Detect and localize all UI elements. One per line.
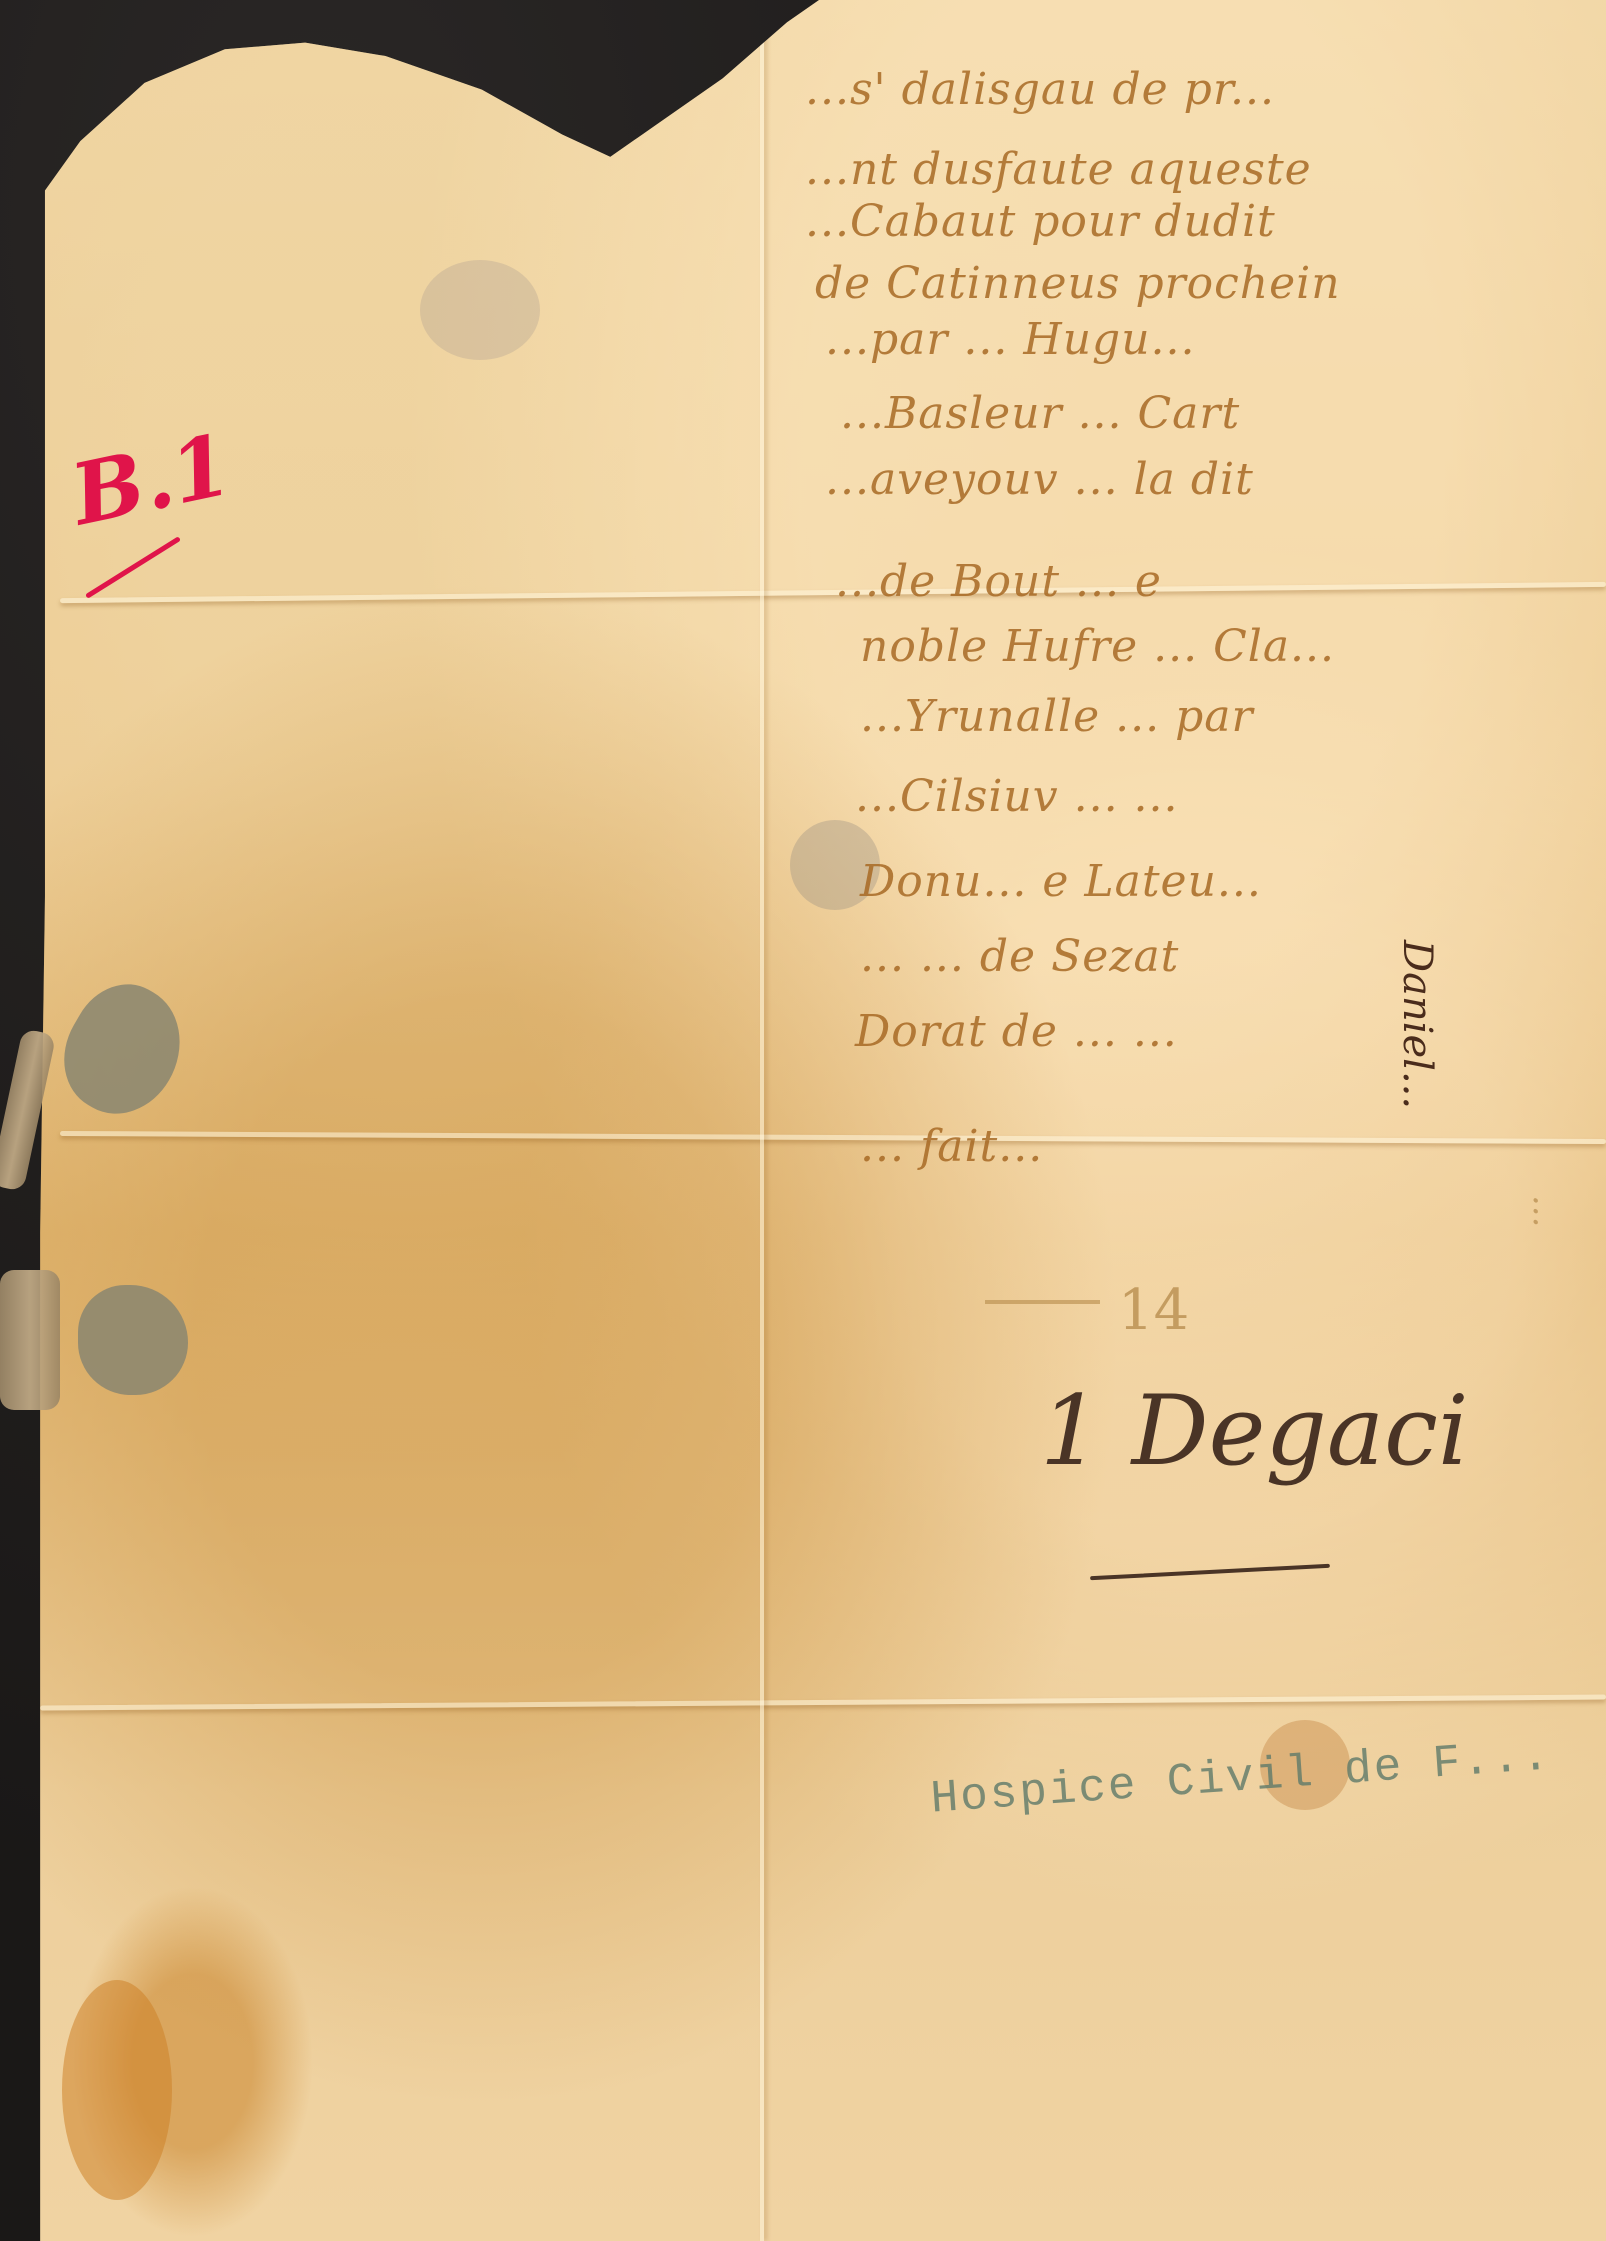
manuscript-line: ...Yrunalle ... par: [860, 695, 1254, 739]
manuscript-line: ... fait...: [860, 1125, 1043, 1169]
fold-crease-upper: [60, 582, 1606, 603]
manuscript-line: ...s' dalisgau de pr...: [805, 68, 1275, 112]
manuscript-line: ... ... de Sezat: [860, 935, 1179, 979]
manuscript-line: noble Hufre ... Cla...: [860, 625, 1335, 669]
fold-crease-vertical: [760, 0, 764, 2241]
manuscript-line: Dorat de ... ...: [855, 1010, 1178, 1054]
seal-fragment-lower: [78, 1285, 188, 1395]
binding-cord-knot: [0, 1270, 60, 1410]
document-number: 14: [1118, 1278, 1189, 1343]
vertical-annotation: Daniel...: [1394, 940, 1440, 1109]
manuscript-line: ...Basleur ... Cart: [840, 392, 1240, 436]
manuscript-line: ...par ... Hugu...: [825, 318, 1196, 362]
signature: 1 Degaci: [1040, 1375, 1469, 1487]
manuscript-line: ...Cabaut pour dudit: [805, 200, 1276, 244]
fold-crease-lower: [40, 1695, 1606, 1711]
fold-crease-middle: [60, 1131, 1606, 1144]
manuscript-line: ...de Bout ... e: [835, 560, 1162, 604]
manuscript-line: de Catinneus prochein: [815, 262, 1341, 306]
water-stain-bottom-left: [62, 1980, 172, 2200]
parchment-sheet: [0, 0, 1606, 2241]
manuscript-line: ...nt dusfaute aqueste: [805, 148, 1312, 192]
manuscript-line: ...aveyouv ... la dit: [825, 458, 1254, 502]
manuscript-line: ...Cilsiuv ... ...: [855, 775, 1179, 819]
faded-dash: [985, 1300, 1100, 1304]
gray-smudge: [420, 260, 540, 360]
manuscript-line: Donu... e Lateu...: [860, 860, 1262, 904]
margin-fragment: ...: [1525, 1195, 1565, 1227]
seal-fragment-upper: [43, 966, 203, 1134]
